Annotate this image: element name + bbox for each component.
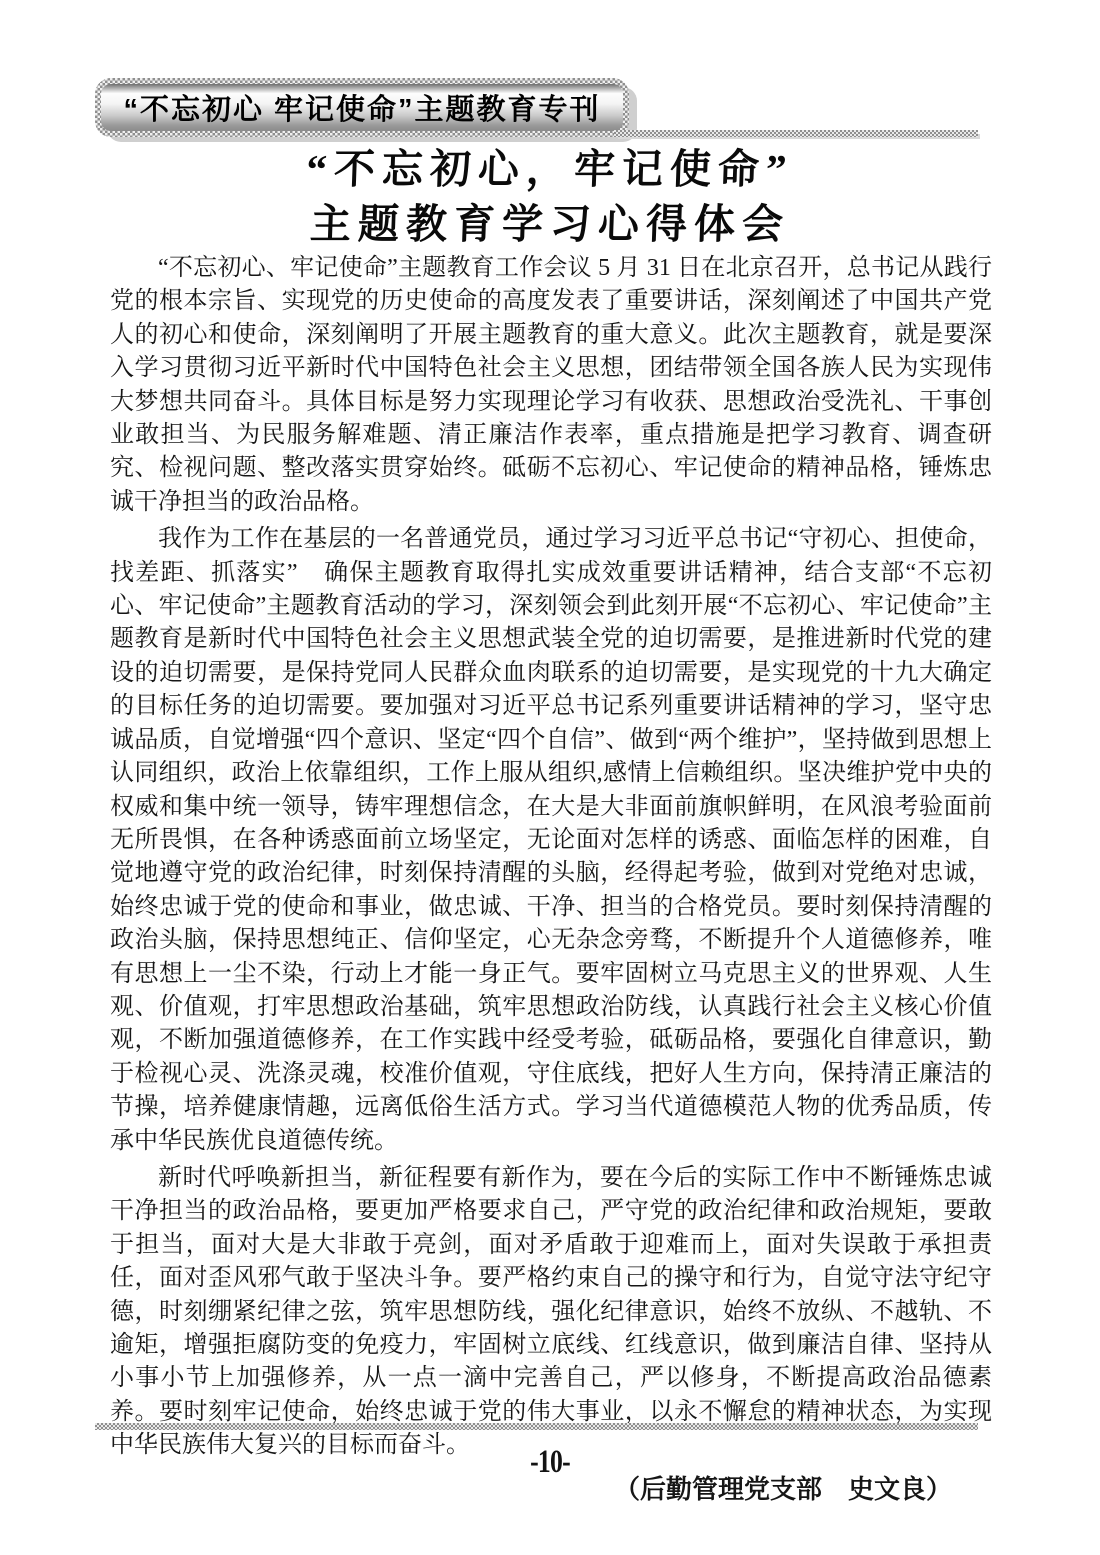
header-divider-line — [614, 130, 978, 137]
article-title: “不忘初心，牢记使命” 主题教育学习心得体会 — [0, 142, 1100, 252]
paragraph-3: 新时代呼唤新担当，新征程要有新作为，要在今后的实际工作中不断锤炼忠诚干净担当的政… — [110, 1162, 992, 1463]
article-title-line-2: 主题教育学习心得体会 — [0, 197, 1100, 252]
page: “不忘初心 牢记使命”主题教育专刊 “不忘初心，牢记使命” 主题教育学习心得体会… — [0, 0, 1100, 1555]
page-number: -10- — [121, 1444, 979, 1481]
article-title-line-1: “不忘初心，牢记使命” — [0, 142, 1100, 197]
header-banner: “不忘初心 牢记使命”主题教育专刊 — [95, 78, 629, 137]
header-banner-label: “不忘初心 牢记使命”主题教育专刊 — [101, 84, 623, 131]
footer-divider-line — [95, 1423, 978, 1430]
paragraph-1: “不忘初心、牢记使命”主题教育工作会议 5 月 31 日在北京召开，总书记从践行… — [110, 252, 992, 519]
article-body: “不忘初心、牢记使命”主题教育工作会议 5 月 31 日在北京召开，总书记从践行… — [110, 252, 992, 1506]
paragraph-2: 我作为工作在基层的一名普通党员，通过学习习近平总书记“守初心、担使命，找差距、抓… — [110, 523, 992, 1158]
